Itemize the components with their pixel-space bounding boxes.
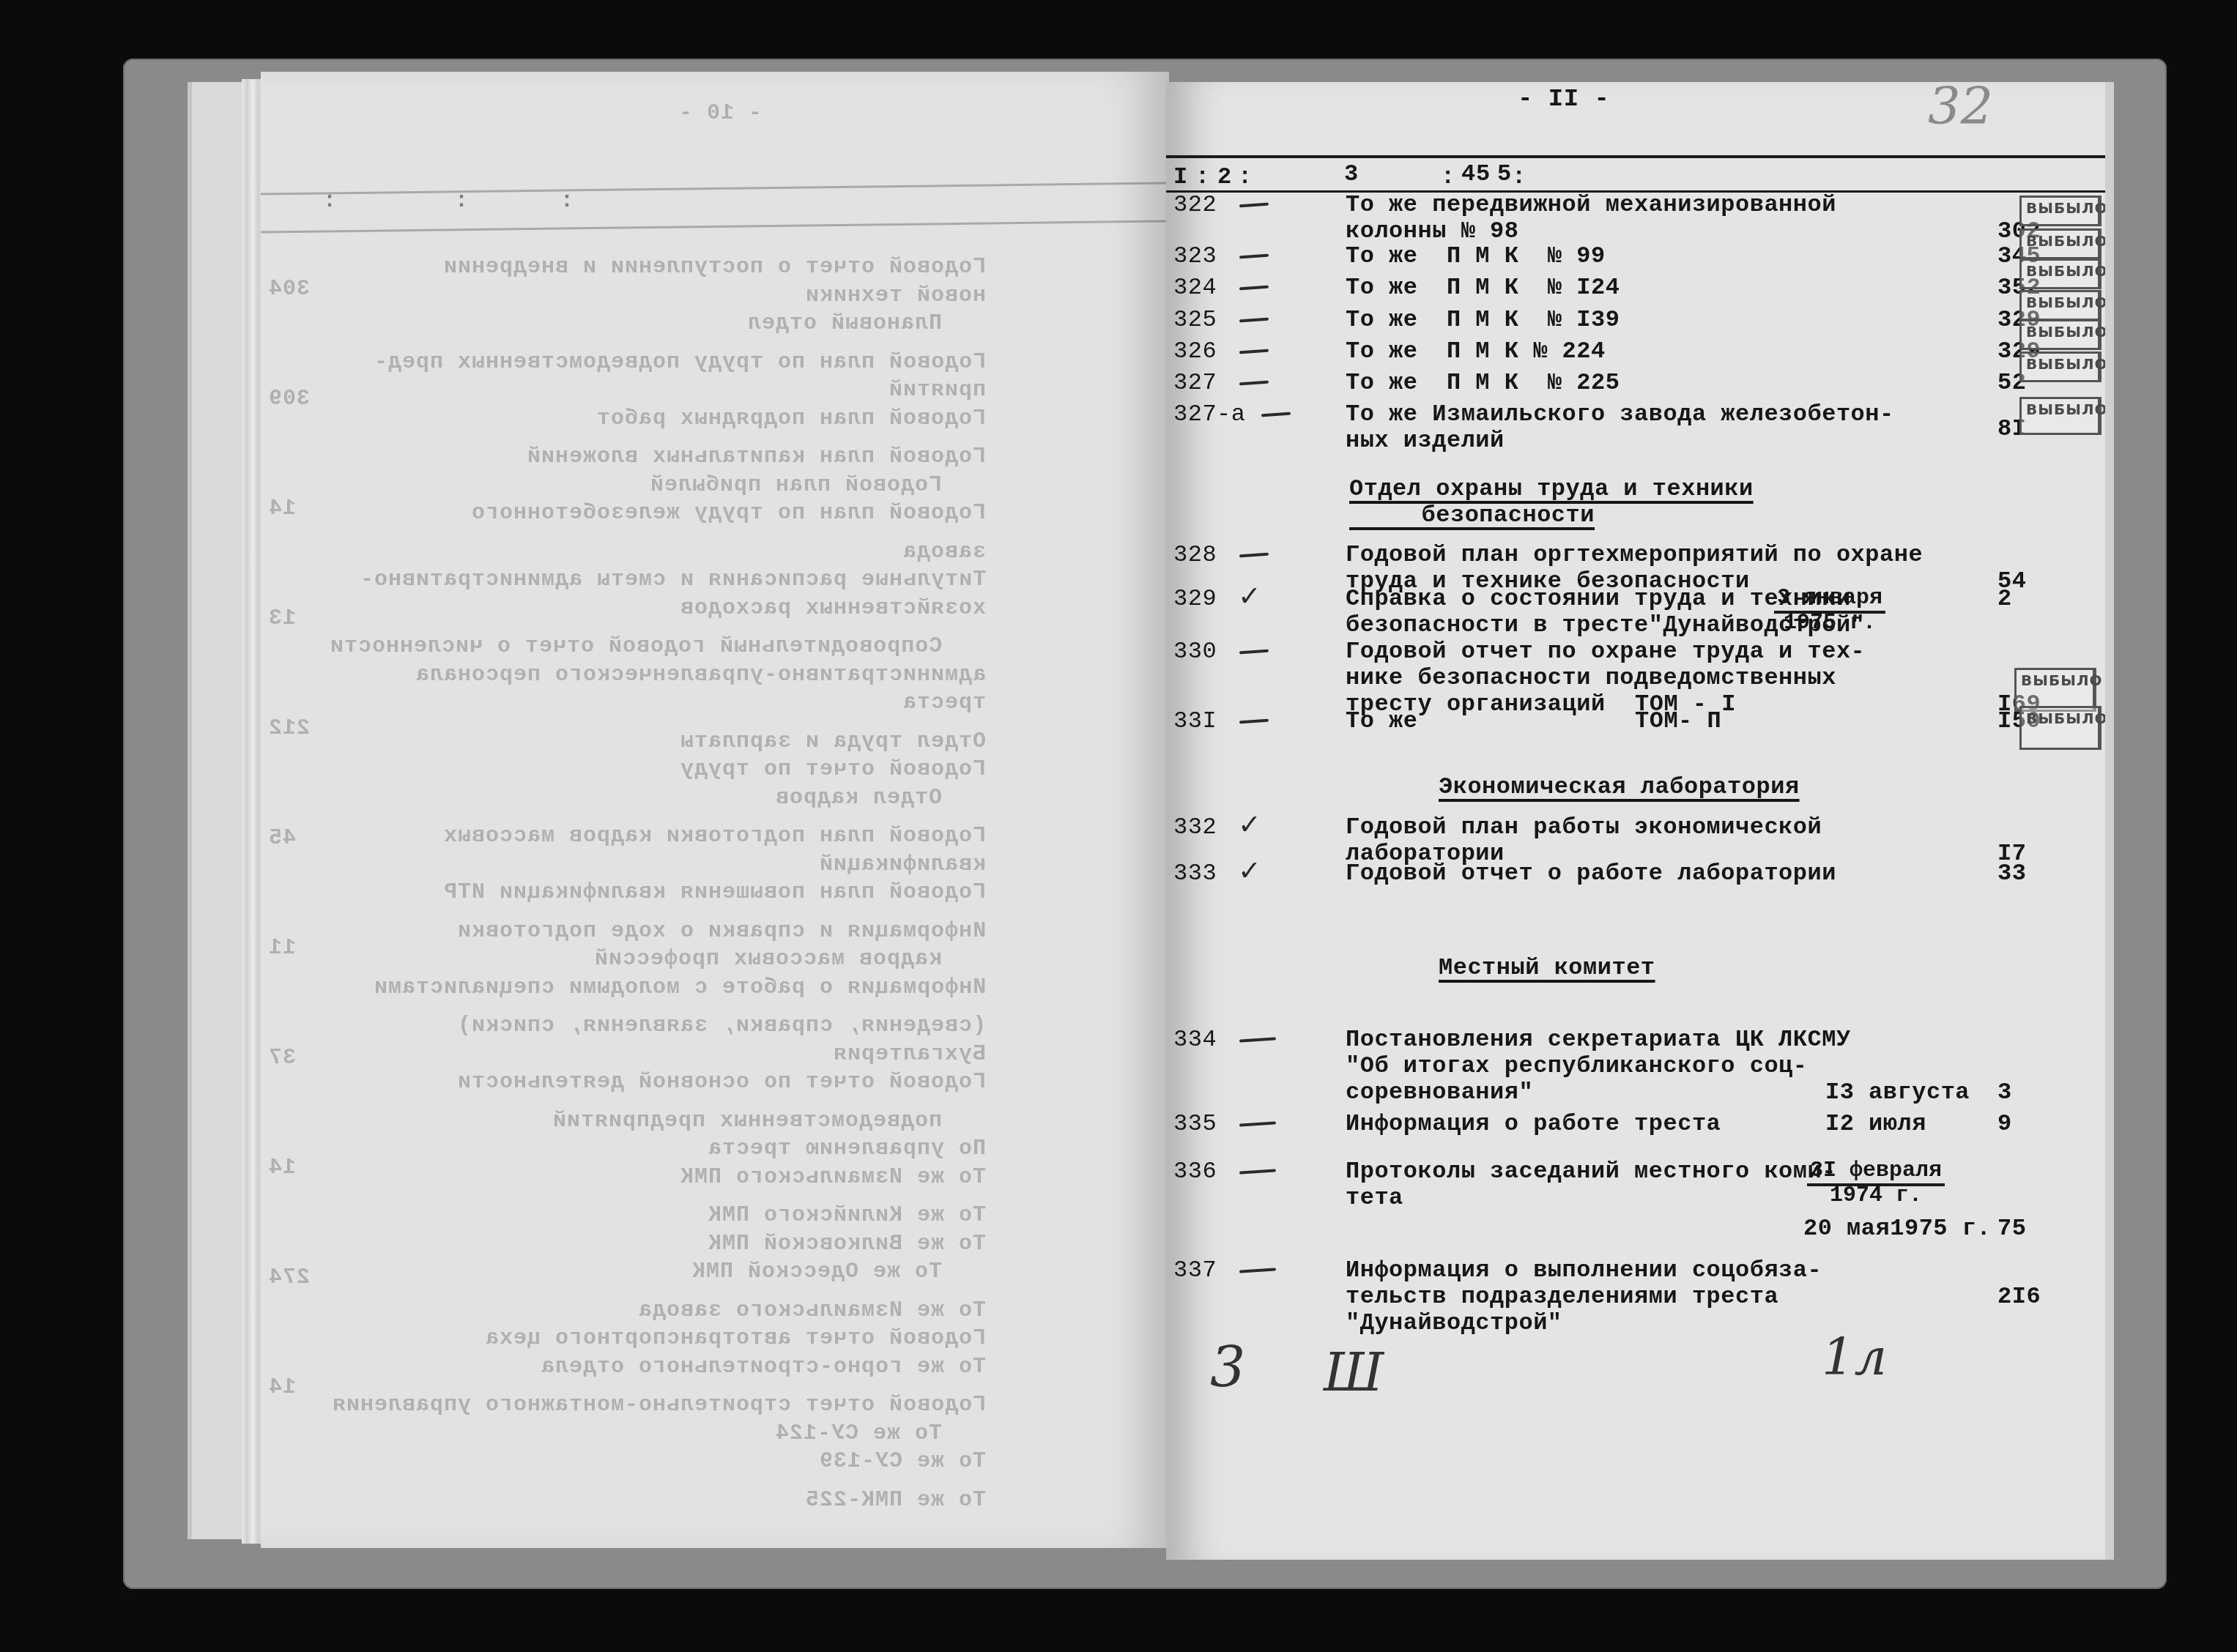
ghost-text-line: Титульные расписания и сметы администрат… xyxy=(360,568,986,592)
ghost-text-line: То же СУ-139 xyxy=(819,1449,986,1474)
entry-number: 336 xyxy=(1173,1158,1217,1185)
ghost-text-line: Плановый отдел xyxy=(747,311,942,336)
ghost-text-line: Годовой план по труду железобетонного xyxy=(471,501,986,526)
stamp-text: ВЫБЫЛО xyxy=(2026,355,2093,373)
ghost-text-line: приятий xyxy=(889,378,986,403)
entry-title: То же П М К № I39 xyxy=(1346,307,1620,333)
column-header-2: 2 xyxy=(1217,164,1232,190)
entry-sheet-count: 33 xyxy=(1997,860,2026,887)
entry-number: 327-а xyxy=(1173,401,1246,428)
ghost-text-line: завода xyxy=(902,540,986,565)
entry-number: 323 xyxy=(1173,243,1217,269)
entry-title: То же xyxy=(1346,708,1418,734)
entry-number: 330 xyxy=(1173,639,1217,665)
ghost-sheet-number: 14 xyxy=(268,496,296,521)
right-page: - II - 32 I : 2 : 3 : 4 5 5 : 322То же п… xyxy=(1166,82,2111,1560)
ghost-sheet-number: 14 xyxy=(268,1375,296,1400)
ghost-sheet-number: 11 xyxy=(268,936,296,961)
ghost-text-line: По управлению треста xyxy=(708,1136,986,1161)
entry-number: 327 xyxy=(1173,370,1217,396)
entry-title: То же П М К № I24 xyxy=(1346,275,1620,301)
check-mark-icon: ✓ xyxy=(1238,580,1261,612)
entry-sheet-count: 2 xyxy=(1997,586,2012,612)
column-sep: : xyxy=(1512,164,1526,190)
withdrawn-stamp: ВЫБЫЛО xyxy=(2014,668,2096,712)
ghost-text-line: Информация и справки о ходе подготовки xyxy=(457,919,986,944)
ghost-text-line: То же СУ-124 xyxy=(775,1421,942,1446)
withdrawn-stamp: ВЫБЫЛО xyxy=(2019,706,2101,750)
date-start-year: 1975 г. xyxy=(1774,614,1885,633)
ghost-text-line: хозяйственных расходов xyxy=(680,596,986,621)
left-page-number: - 10 - xyxy=(678,101,762,126)
stamp-text: ВЫБЫЛО xyxy=(2026,294,2093,311)
dash-mark-icon xyxy=(1239,1121,1276,1126)
entry-date: I2 июля xyxy=(1825,1111,1926,1137)
entry-number: 334 xyxy=(1173,1027,1217,1053)
stamp-text: ВЫБЫЛО xyxy=(2026,199,2093,217)
entry-number: 329 xyxy=(1173,586,1217,612)
ghost-text-line: То же Измаильского ПМК xyxy=(680,1165,986,1190)
ghost-text-line: треста xyxy=(902,691,986,715)
ghost-text-line: То же Одесской ПМК xyxy=(691,1260,942,1284)
section-heading-local-committee: Местный комитет xyxy=(1439,955,1655,981)
entry-title: То же П М К № 224 xyxy=(1346,338,1606,365)
column-header-1: I xyxy=(1173,164,1188,190)
entry-sheet-count: 2I6 xyxy=(1997,1284,2041,1310)
stamp-text: ВЫБЫЛО xyxy=(2026,232,2093,250)
handwritten-mark-sh: Ш xyxy=(1324,1342,1384,1403)
entry-number: 324 xyxy=(1173,275,1217,301)
dash-mark-icon xyxy=(1239,318,1269,323)
dash-mark-icon xyxy=(1239,286,1269,291)
ghost-text-line: Годовой отчет строительно-монтажного упр… xyxy=(332,1393,986,1418)
dash-mark-icon xyxy=(1239,719,1269,724)
withdrawn-stamp: ВЫБЫЛО xyxy=(2019,290,2101,321)
column-header-4: 4 xyxy=(1461,161,1476,187)
entry-number: 335 xyxy=(1173,1111,1217,1137)
ghost-text-line: административно-управленческого персонал… xyxy=(415,663,986,688)
column-header-5: 5 xyxy=(1476,161,1491,187)
withdrawn-stamp: ВЫБЫЛО xyxy=(2019,196,2101,226)
header-rule-top xyxy=(1166,155,2111,158)
ghost-sheet-number: 274 xyxy=(268,1265,310,1290)
ghost-text-line: кадров массовых профессий xyxy=(594,947,942,972)
entry-title: Постановления секретариата ЦК ЛКСМУ "Об … xyxy=(1346,1027,1851,1106)
check-mark-icon: ✓ xyxy=(1238,855,1261,887)
dash-mark-icon xyxy=(1239,553,1269,558)
entry-number: 333 xyxy=(1173,860,1217,887)
entry-title: Информация о выполнении соцобяза- тельст… xyxy=(1346,1257,1822,1336)
date-start: 3 января xyxy=(1774,586,1885,614)
entry-title: Годовой отчет о работе лаборатории xyxy=(1346,860,1836,887)
ghost-text-line: То же горно-строительного отдела xyxy=(541,1355,986,1380)
column-sep: : xyxy=(1238,164,1253,190)
dash-mark-icon xyxy=(1239,349,1269,354)
ghost-text-line: Годовой план повышения квалификации ИТР xyxy=(443,880,986,905)
entry-sheet-count: 9 xyxy=(1997,1111,2012,1137)
ghost-text-line: Годовой отчет автотранспортного цеха xyxy=(485,1326,986,1351)
ghost-text-line: Сопроводительный годовой отчет о численн… xyxy=(330,634,942,659)
entry-number: 326 xyxy=(1173,338,1217,365)
ghost-text-line: Отдел труда и зарплаты xyxy=(680,729,986,754)
ghost-text-line: Информация о работе с молодыми специалис… xyxy=(374,975,986,1000)
entry-title: То же П М К № 99 xyxy=(1346,243,1606,269)
ghost-text-line: Бухгалтерия xyxy=(833,1042,986,1067)
entry-sheet-count: 3 xyxy=(1997,1079,2012,1106)
stamp-text: ВЫБЫЛО xyxy=(2026,262,2093,280)
ghost-text-line: подведомственных предприятий xyxy=(552,1109,942,1134)
stamp-text: ВЫБЫЛО xyxy=(2021,671,2088,689)
ghost-sheet-number: 309 xyxy=(268,387,310,412)
entry-title: Информация о работе треста xyxy=(1346,1111,1721,1137)
entry-date-range: 3I февраля1974 г. xyxy=(1807,1158,1945,1205)
entry-title: То же Измаильского завода железобетон- н… xyxy=(1346,401,1894,454)
handwritten-sheet-number: 32 xyxy=(1928,76,1993,136)
handwritten-mark-1l: 1л xyxy=(1822,1327,1887,1387)
entry-number: 332 xyxy=(1173,814,1217,841)
entry-sheet-count: 75 xyxy=(1997,1216,2026,1242)
page-number: - II - xyxy=(1518,86,1609,113)
date-start: 3I февраля xyxy=(1807,1158,1945,1186)
dash-mark-icon xyxy=(1239,203,1269,208)
dash-mark-icon xyxy=(1239,1037,1276,1042)
column-header-5b: 5 xyxy=(1497,161,1512,187)
ghost-text-line: Годовой отчет о поступлении и внедрении xyxy=(443,255,986,280)
entry-date: I3 августа xyxy=(1825,1079,1970,1106)
ghost-text-line: То же Измаильского завода xyxy=(638,1298,986,1323)
column-header-3: 3 xyxy=(1344,161,1359,187)
entry-title: То же передвижной механизированной колон… xyxy=(1346,192,1836,245)
ghost-sheet-number: 212 xyxy=(268,716,310,741)
ghost-sheet-number: 304 xyxy=(268,277,310,302)
ghost-sheet-number: 13 xyxy=(268,606,296,631)
withdrawn-stamp: ВЫБЫЛО xyxy=(2019,228,2101,259)
stamp-text: ВЫБЫЛО xyxy=(2026,401,2093,418)
entry-title: Протоколы заседаний местного коми- тета xyxy=(1346,1158,1836,1211)
date-start-year: 1974 г. xyxy=(1807,1186,1945,1205)
ghost-text-line: То же Вилковской ПМК xyxy=(708,1232,986,1257)
ghost-text-line: квалификаций xyxy=(819,852,986,877)
ghost-text-line: То же ПМК-225 xyxy=(805,1488,986,1513)
withdrawn-stamp: ВЫБЫЛО xyxy=(2019,397,2101,435)
entry-number: 337 xyxy=(1173,1257,1217,1284)
dash-mark-icon xyxy=(1239,1268,1276,1273)
ghost-text-line: То же Килийского ПМК xyxy=(708,1203,986,1228)
stamp-text: ВЫБЫЛО xyxy=(2026,323,2093,341)
ghost-text-line: Годовой план капитальных вложений xyxy=(527,444,986,469)
column-sep: : xyxy=(1441,164,1455,190)
left-header-rule-bottom xyxy=(261,220,1169,233)
ghost-text-line: Годовой план прибылей xyxy=(650,473,942,498)
entry-number: 322 xyxy=(1173,192,1217,218)
withdrawn-stamp: ВЫБЫЛО xyxy=(2019,258,2101,289)
ghost-sheet-number: 14 xyxy=(268,1156,296,1180)
ghost-sheet-number: 45 xyxy=(268,826,296,851)
ghost-text-line: Годовой план подготовки кадров массовых xyxy=(443,824,986,849)
withdrawn-stamp: ВЫБЫЛО xyxy=(2019,319,2101,350)
entry-title: Годовой отчет по охране труда и тех- ник… xyxy=(1346,639,1865,718)
dash-mark-icon xyxy=(1239,1169,1276,1174)
ghost-text-line: новой техники xyxy=(805,283,986,308)
column-sep: : xyxy=(1195,164,1210,190)
ghost-text-line: Отдел кадров xyxy=(775,786,942,811)
stamp-text: ВЫБЫЛО xyxy=(2026,710,2093,727)
ghost-text-line: Годовой отчет по основной деятельности xyxy=(457,1070,986,1095)
ghost-text-line: Годовой отчет по труду xyxy=(680,757,986,782)
entry-number: 328 xyxy=(1173,542,1217,568)
ghost-sheet-number: 37 xyxy=(268,1046,296,1071)
entry-volume: ТОМ- П xyxy=(1635,708,1721,734)
check-mark-icon: ✓ xyxy=(1238,808,1261,841)
entry-title: То же П М К № 225 xyxy=(1346,370,1620,396)
section-heading-labor-safety: Отдел охраны труда и техники безопасност… xyxy=(1349,476,1754,529)
section-heading-economic-lab: Экономическая лаборатория xyxy=(1439,774,1800,800)
left-header-colons: : : : xyxy=(323,189,574,214)
dash-mark-icon xyxy=(1239,650,1269,655)
entry-number: 33I xyxy=(1173,708,1217,734)
dash-mark-icon xyxy=(1239,254,1269,259)
entry-date-range: 3 января1975 г. xyxy=(1774,586,1885,633)
ghost-text-line: Годовой план по труду подведомственных п… xyxy=(374,350,986,375)
date-end: 20 мая1975 г. xyxy=(1803,1216,1991,1242)
dash-mark-icon xyxy=(1239,381,1269,386)
withdrawn-stamp: ВЫБЫЛО xyxy=(2019,351,2101,382)
dash-mark-icon xyxy=(1261,412,1291,417)
handwritten-mark-3: 3 xyxy=(1210,1334,1245,1399)
ghost-text-line: Годовой план подрядных работ xyxy=(596,406,986,431)
right-page-edge xyxy=(2105,82,2114,1560)
entry-number: 325 xyxy=(1173,307,1217,333)
ghost-text-line: (сведения, справки, заявления, списки) xyxy=(457,1013,986,1038)
left-page: - 10 - : : : Годовой отчет о поступлении… xyxy=(261,72,1169,1548)
